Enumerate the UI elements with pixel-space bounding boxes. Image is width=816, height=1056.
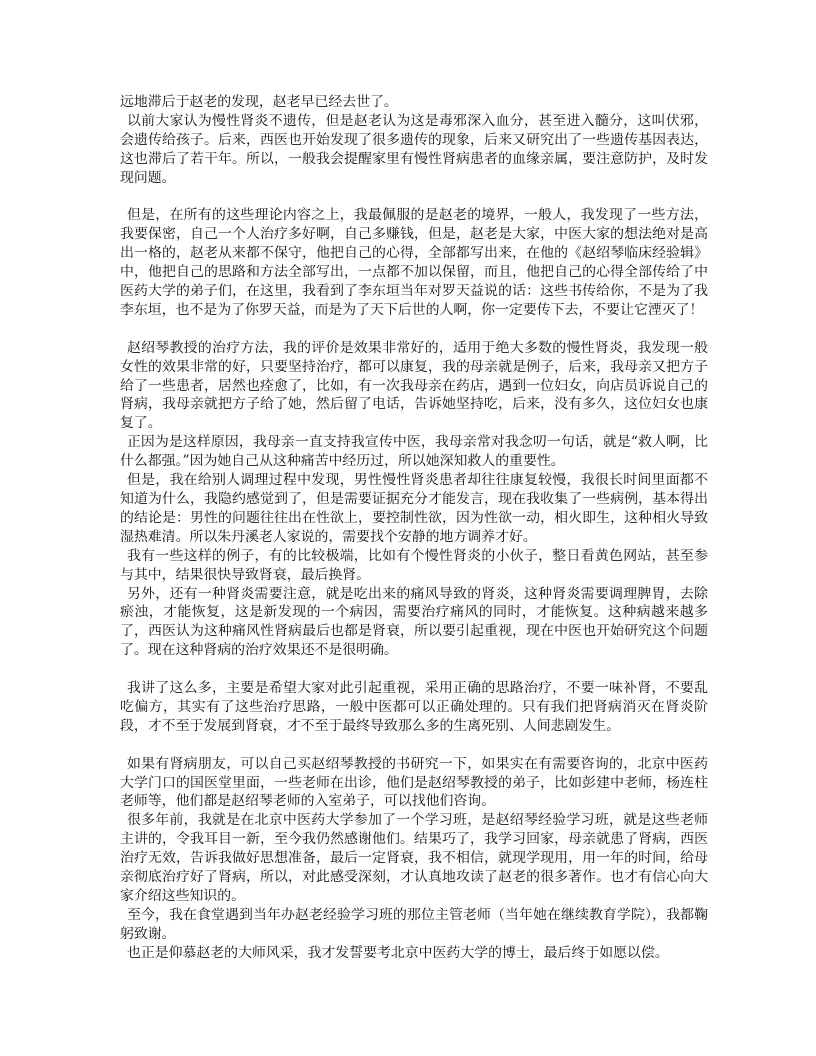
- paragraph-4: 赵绍琴教授的治疗方法，我的评价是效果非常好的，适用于绝大多数的慢性肾炎，我发现一…: [120, 339, 708, 434]
- paragraph-8: 另外，还有一种肾炎需要注意，就是吃出来的痛风导致的肾炎，这种肾炎需要调理脾胃，去…: [120, 585, 708, 661]
- paragraph-11: 很多年前，我就是在北京中医药大学参加了一个学习班，是赵绍琴经验学习班，就是这些老…: [120, 811, 708, 906]
- paragraph-1: 远地滞后于赵老的发现，赵老早已经去世了。: [120, 93, 708, 112]
- paragraph-spacer: [120, 736, 708, 755]
- paragraph-5: 正因为是这样原因，我母亲一直支持我宣传中医，我母亲常对我念叨一句话，就是“救人啊…: [120, 433, 708, 471]
- paragraph-2: 以前大家认为慢性肾炎不遗传，但是赵老认为这是毒邪深入血分，甚至进入髓分，这叫伏邪…: [120, 112, 708, 188]
- paragraph-13: 也正是仰慕赵老的大师风采，我才发誓要考北京中医药大学的博士，最后终于如愿以偿。: [120, 944, 708, 963]
- document-page: 远地滞后于赵老的发现，赵老早已经去世了。 以前大家认为慢性肾炎不遗传，但是赵老认…: [120, 93, 708, 963]
- paragraph-12: 至今，我在食堂遇到当年办赵老经验学习班的那位主管老师（当年她在继续教育学院），我…: [120, 906, 708, 944]
- paragraph-9: 我讲了这么多，主要是希望大家对此引起重视，采用正确的思路治疗，不要一味补肾，不要…: [120, 679, 708, 736]
- paragraph-spacer: [120, 320, 708, 339]
- paragraph-7: 我有一些这样的例子，有的比较极端，比如有个慢性肾炎的小伙子，整日看黄色网站，甚至…: [120, 547, 708, 585]
- paragraph-3: 但是，在所有的这些理论内容之上，我最佩服的是赵老的境界，一般人，我发现了一些方法…: [120, 206, 708, 319]
- paragraph-spacer: [120, 188, 708, 207]
- paragraph-6: 但是，我在给别人调理过程中发现，男性慢性肾炎患者却往往康复较慢，我很长时间里面都…: [120, 471, 708, 547]
- paragraph-10: 如果有肾病朋友，可以自己买赵绍琴教授的书研究一下，如果实在有需要咨询的，北京中医…: [120, 755, 708, 812]
- paragraph-spacer: [120, 660, 708, 679]
